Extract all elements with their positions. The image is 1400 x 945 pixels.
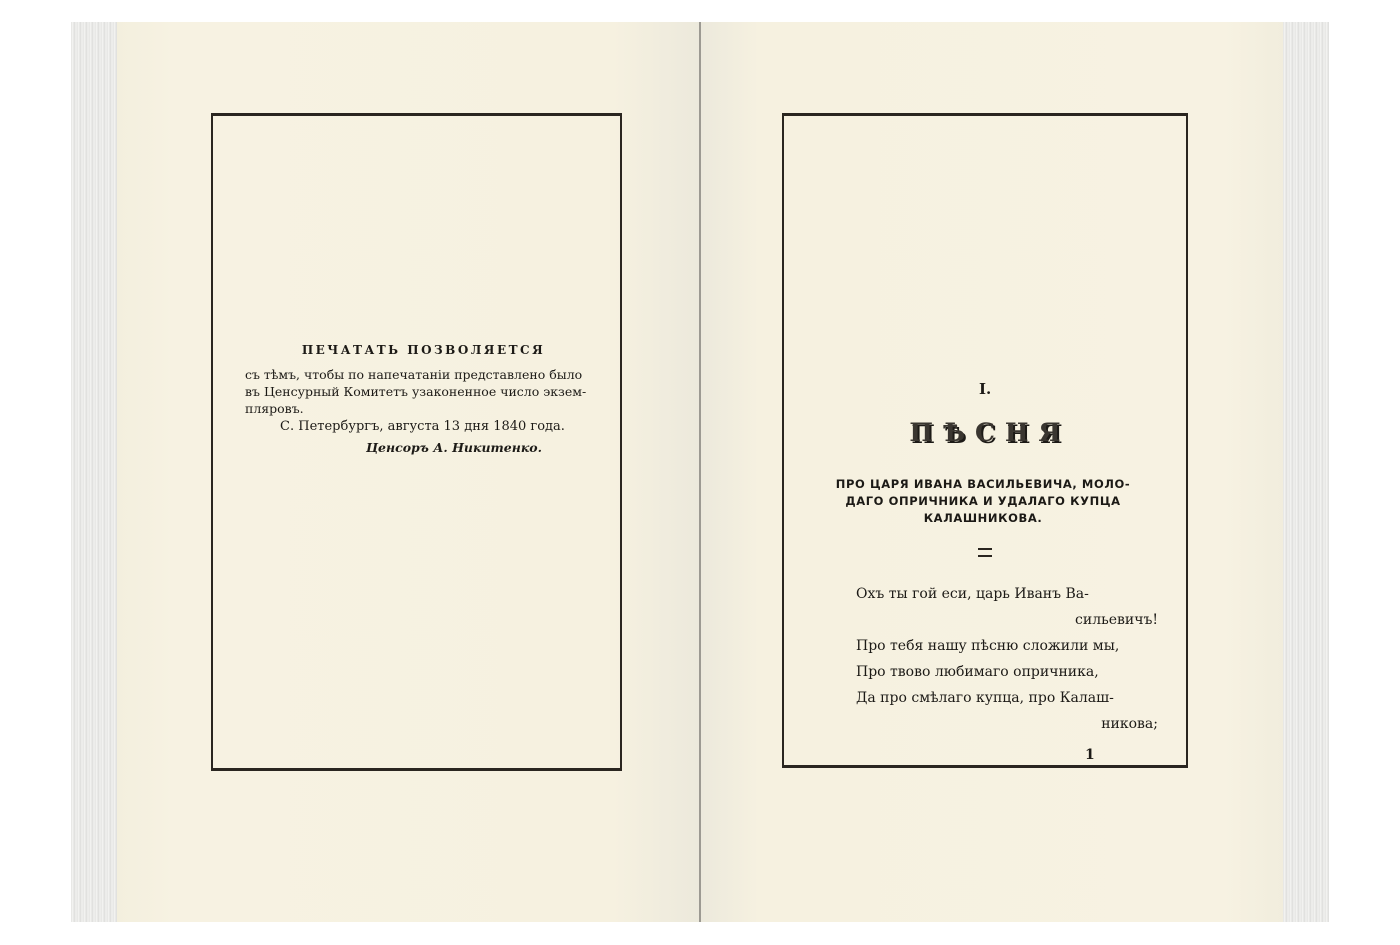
verse-line: Да про смѣлаго купца, про Калаш-	[856, 687, 1158, 713]
section-number: I.	[979, 380, 991, 398]
verse-line: Про тебя нашу пѣсню сложили мы,	[856, 635, 1158, 661]
right-page-edges	[1283, 22, 1329, 922]
subtitle-line: КАЛАШНИКОВА.	[808, 510, 1158, 527]
censor-signature: Ценсоръ А. Никитенко.	[245, 440, 590, 455]
imprimatur-line: въ Ценсурный Комитетъ узаконенное число …	[245, 383, 590, 400]
verse-line-continuation: сильевичъ!	[856, 609, 1158, 635]
imprimatur-body: съ тѣмъ, чтобы по напечатаніи представле…	[245, 366, 590, 417]
divider-ornament-icon	[978, 548, 992, 557]
imprimatur-line: съ тѣмъ, чтобы по напечатаніи представле…	[245, 366, 590, 383]
imprimatur-date: С. Петербургъ, августа 13 дня 1840 года.	[245, 419, 590, 434]
verse-line: Про твово любимаго опричника,	[856, 661, 1158, 687]
page-number: 1	[1085, 747, 1095, 763]
song-subtitle: ПРО ЦАРЯ ИВАНА ВАСИЛЬЕВИЧА, МОЛО- ДАГО О…	[808, 476, 1158, 527]
song-title: ПѢСНЯ	[900, 418, 1080, 447]
imprimatur-line: пляровъ.	[245, 400, 590, 417]
imprimatur-title: ПЕЧАТАТЬ ПОЗВОЛЯЕТСЯ	[257, 343, 590, 357]
left-page-edges	[71, 22, 117, 922]
verse-block: Охъ ты гой еси, царь Иванъ Ва- сильевичъ…	[856, 583, 1158, 739]
censorship-imprimatur: ПЕЧАТАТЬ ПОЗВОЛЯЕТСЯ съ тѣмъ, чтобы по н…	[245, 343, 590, 455]
verse-line: Охъ ты гой еси, царь Иванъ Ва-	[856, 583, 1158, 609]
verse-line-continuation: никова;	[856, 713, 1158, 739]
subtitle-line: ПРО ЦАРЯ ИВАНА ВАСИЛЬЕВИЧА, МОЛО-	[808, 476, 1158, 493]
subtitle-line: ДАГО ОПРИЧНИКА И УДАЛАГО КУПЦА	[808, 493, 1158, 510]
